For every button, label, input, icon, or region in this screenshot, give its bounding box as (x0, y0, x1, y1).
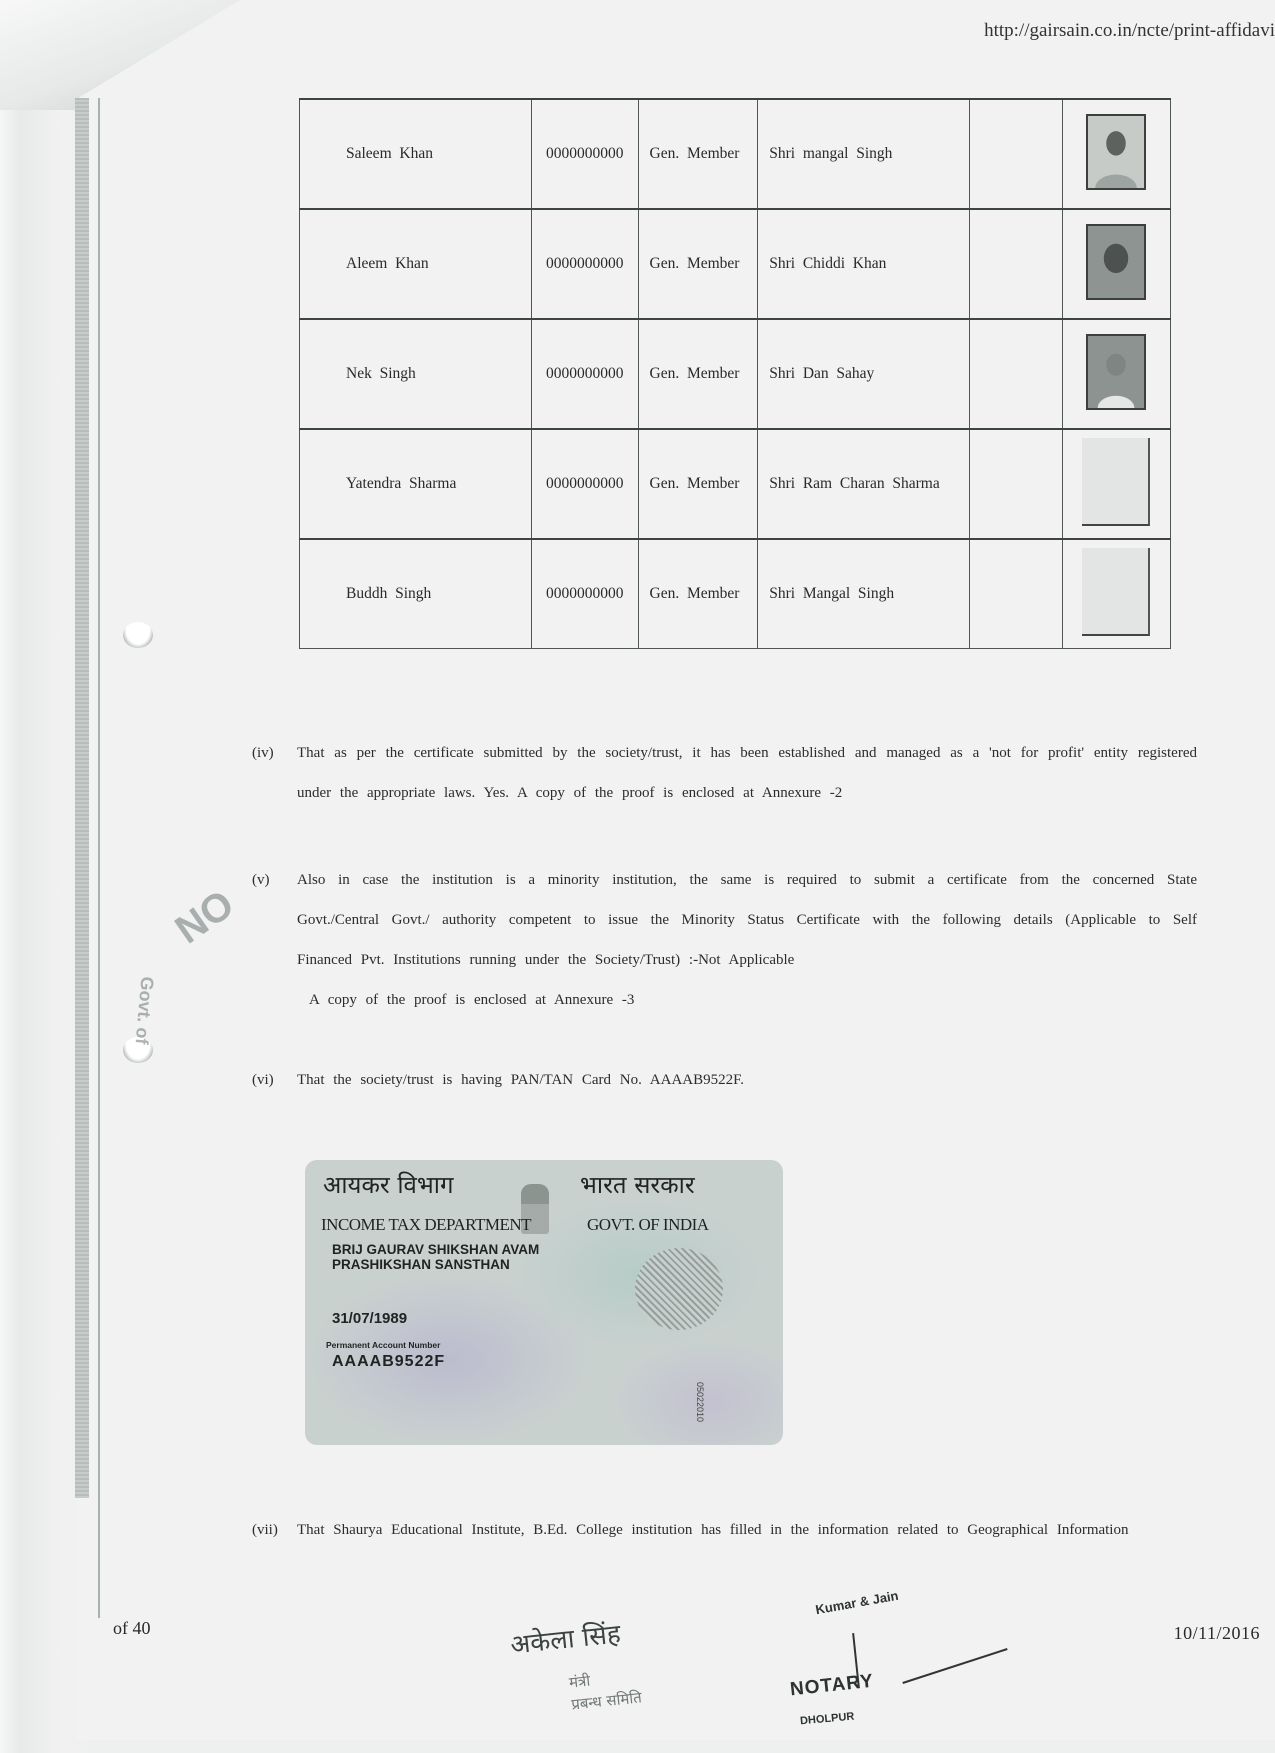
member-father-name: Shri Ram Charan Sharma (758, 429, 970, 539)
clause-number: (vii) (252, 1510, 278, 1550)
member-father-name: Shri Mangal Singh (758, 539, 970, 649)
blank-photo-icon (1082, 548, 1150, 636)
member-photo-cell (1062, 429, 1170, 539)
table-row: Nek Singh0000000000Gen. MemberShri Dan S… (300, 319, 1171, 429)
signature-stroke (902, 1648, 1007, 1684)
clause-number: (v) (252, 860, 270, 900)
binding-line (98, 98, 100, 1618)
table-row: Yatendra Sharma0000000000Gen. MemberShri… (300, 429, 1171, 539)
clause-text: That as per the certificate submitted by… (297, 733, 1197, 813)
page-count: of 40 (113, 1618, 151, 1639)
member-photo-icon (1086, 334, 1146, 410)
clause-number: (vi) (252, 1060, 274, 1100)
member-name: Aleem Khan (300, 209, 532, 319)
member-photo-icon (1086, 114, 1146, 190)
blank-photo-icon (1082, 438, 1150, 526)
punch-hole-icon (123, 622, 153, 648)
member-mobile: 0000000000 (531, 539, 638, 649)
empty-cell (969, 319, 1062, 429)
member-mobile: 0000000000 (531, 429, 638, 539)
member-mobile: 0000000000 (531, 99, 638, 209)
clause-annexure-note: A copy of the proof is enclosed at Annex… (297, 980, 1197, 1020)
hologram-icon (635, 1248, 723, 1330)
holder-line-2: PRASHIKSHAN SANSTHAN (332, 1257, 539, 1272)
member-father-name: Shri Chiddi Khan (758, 209, 970, 319)
clause-vi: (vi) That the society/trust is having PA… (252, 1060, 1197, 1100)
clause-text: That Shaurya Educational Institute, B.Ed… (297, 1510, 1197, 1550)
pan-govt-hindi: भारत सरकार (580, 1168, 695, 1201)
member-name: Saleem Khan (300, 99, 532, 209)
notary-stamp: Kumar & Jain NOTARY DHOLPUR (790, 1595, 1050, 1745)
member-photo-cell (1062, 539, 1170, 649)
empty-cell (969, 99, 1062, 209)
notary-title: NOTARY (789, 1671, 875, 1702)
hindi-signature-designation: मंत्री प्रबन्ध समिति (568, 1664, 643, 1715)
member-designation: Gen. Member (638, 99, 758, 209)
holder-line-1: BRIJ GAURAV SHIKSHAN AVAM (332, 1242, 539, 1257)
clause-iv: (iv) That as per the certificate submitt… (252, 733, 1197, 813)
clause-text: That the society/trust is having PAN/TAN… (297, 1060, 1197, 1100)
pan-date: 31/07/1989 (332, 1310, 407, 1327)
member-father-name: Shri Dan Sahay (758, 319, 970, 429)
member-designation: Gen. Member (638, 539, 758, 649)
pan-dept-english: INCOME TAX DEPARTMENT (321, 1215, 531, 1235)
table-row: Buddh Singh0000000000Gen. MemberShri Man… (300, 539, 1171, 649)
member-designation: Gen. Member (638, 319, 758, 429)
clause-text: Also in case the institution is a minori… (297, 860, 1197, 980)
empty-cell (969, 209, 1062, 319)
member-name: Buddh Singh (300, 539, 532, 649)
member-photo-icon (1086, 224, 1146, 300)
notary-place: DHOLPUR (800, 1711, 855, 1728)
table-row: Aleem Khan0000000000Gen. MemberShri Chid… (300, 209, 1171, 319)
member-name: Yatendra Sharma (300, 429, 532, 539)
member-designation: Gen. Member (638, 209, 758, 319)
empty-cell (969, 539, 1062, 649)
clause-number: (iv) (252, 733, 274, 773)
punch-hole-icon (123, 1037, 153, 1063)
members-table: Saleem Khan0000000000Gen. MemberShri man… (299, 98, 1171, 649)
member-father-name: Shri mangal Singh (758, 99, 970, 209)
pan-dept-hindi: आयकर विभाग (323, 1168, 454, 1201)
print-date: 10/11/2016 (1174, 1623, 1260, 1644)
page-url: http://gairsain.co.in/ncte/print-affidav… (984, 20, 1275, 42)
binding-edge (75, 98, 89, 1498)
pan-serial: 05022010 (695, 1382, 705, 1422)
member-mobile: 0000000000 (531, 319, 638, 429)
table-row: Saleem Khan0000000000Gen. MemberShri man… (300, 99, 1171, 209)
member-name: Nek Singh (300, 319, 532, 429)
pan-label: Permanent Account Number (326, 1340, 440, 1350)
member-photo-cell (1062, 99, 1170, 209)
pan-govt-english: GOVT. OF INDIA (587, 1215, 709, 1235)
pan-holder-name: BRIJ GAURAV SHIKSHAN AVAM PRASHIKSHAN SA… (332, 1242, 539, 1272)
pan-number: AAAAB9522F (332, 1353, 445, 1371)
clause-v: (v) Also in case the institution is a mi… (252, 860, 1197, 1020)
clause-vii: (vii) That Shaurya Educational Institute… (252, 1510, 1197, 1550)
empty-cell (969, 429, 1062, 539)
member-designation: Gen. Member (638, 429, 758, 539)
member-mobile: 0000000000 (531, 209, 638, 319)
member-photo-cell (1062, 209, 1170, 319)
member-photo-cell (1062, 319, 1170, 429)
pan-card-image: आयकर विभाग भारत सरकार INCOME TAX DEPARTM… (305, 1160, 783, 1445)
